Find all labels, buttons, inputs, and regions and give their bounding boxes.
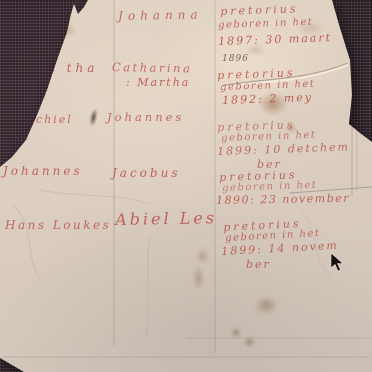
row1-pencil-note: 1896 (222, 55, 249, 64)
row4-middle-name: Jacobus (112, 167, 180, 179)
row5-given-name: Hans Loukes (5, 219, 111, 231)
row2-middle-name-2: : Martha (126, 77, 190, 88)
row1-surname: pretorius (220, 3, 299, 17)
paper-sheet: Johanna pretorius geboren in het 1897: 3… (0, 0, 372, 372)
stain (244, 337, 255, 347)
row1-middle-name: Johanna (118, 9, 203, 22)
row5-birthdate-cont: ber (246, 259, 271, 270)
row2-middle-name: Catharina (112, 62, 193, 75)
stain (52, 22, 76, 38)
row5-middle-name: Abiel Les (115, 210, 217, 228)
row2-given-name: t tha (50, 62, 98, 74)
stain (193, 266, 204, 290)
stain (231, 328, 241, 337)
stain (196, 248, 209, 264)
row4-given-name: Johannes (3, 165, 83, 177)
photo-of-register-page: Johanna pretorius geboren in het 1897: 3… (0, 0, 372, 372)
row2-birthdate: 1892: 2 mey (222, 92, 313, 106)
mouse-cursor-icon (330, 252, 346, 272)
row4-birthdate: 1890: 23 november (216, 193, 350, 206)
row3-middle-name: Johannes (107, 112, 184, 124)
paper-wrapper: Johanna pretorius geboren in het 1897: 3… (0, 0, 372, 372)
row3-given-name: chiel (36, 114, 73, 125)
stain (254, 296, 278, 315)
